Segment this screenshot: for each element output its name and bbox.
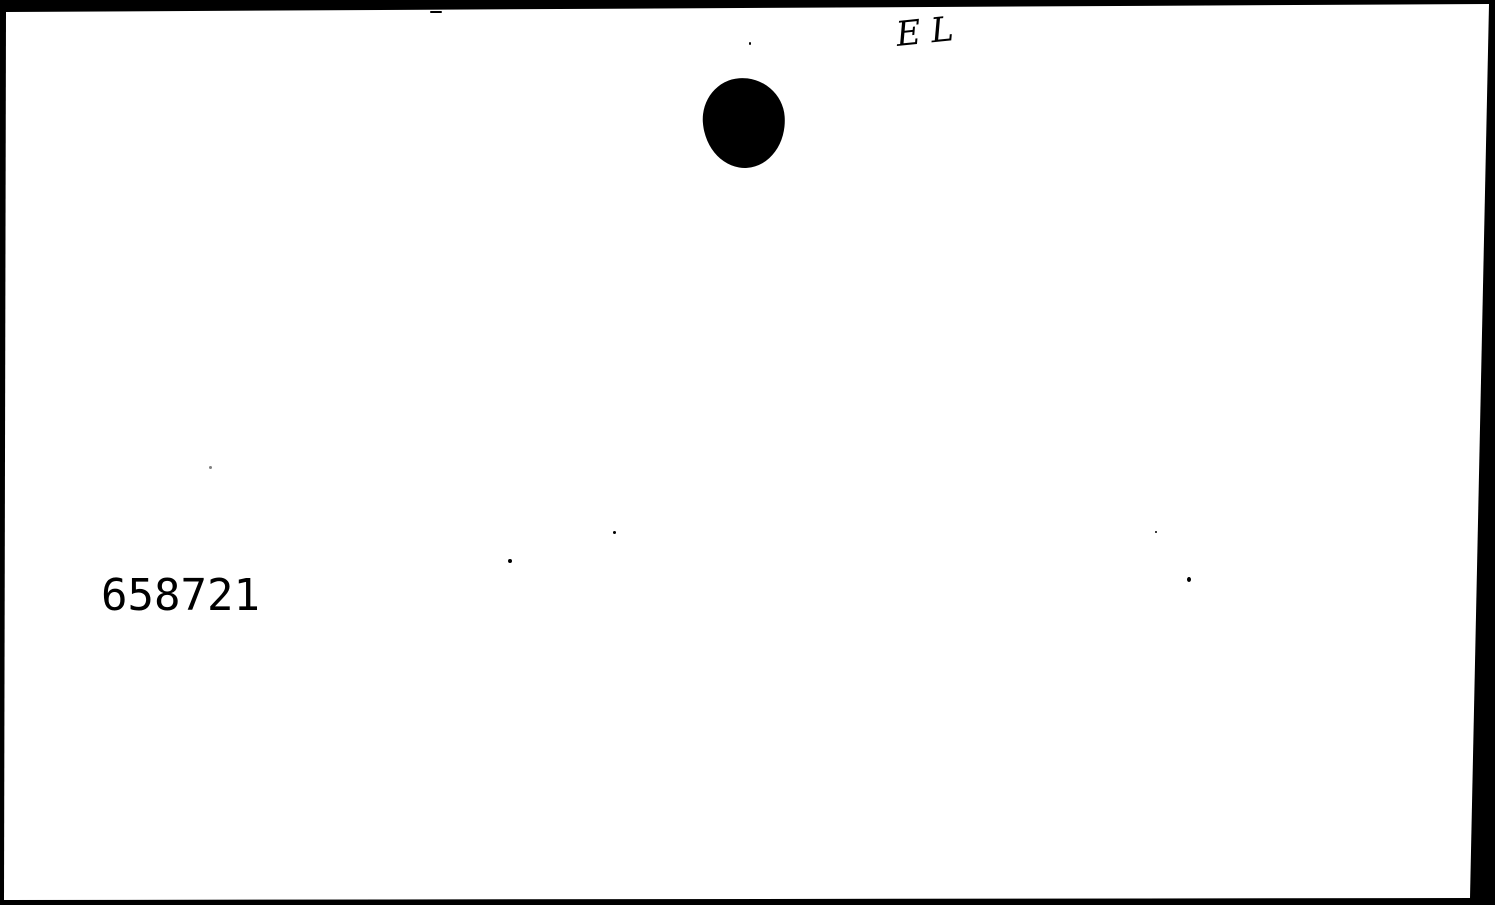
scan-speck	[1187, 577, 1191, 582]
scan-speck	[209, 466, 212, 469]
scan-speck	[749, 42, 751, 45]
scan-speck	[508, 559, 512, 563]
card-number: 658721	[101, 574, 260, 618]
index-card: EL 658721	[0, 0, 1495, 905]
scan-speck	[430, 11, 442, 13]
handwritten-note: EL	[894, 11, 965, 52]
scan-speck	[613, 531, 616, 534]
scan-speck	[1155, 531, 1157, 533]
punch-hole-icon	[700, 75, 788, 171]
